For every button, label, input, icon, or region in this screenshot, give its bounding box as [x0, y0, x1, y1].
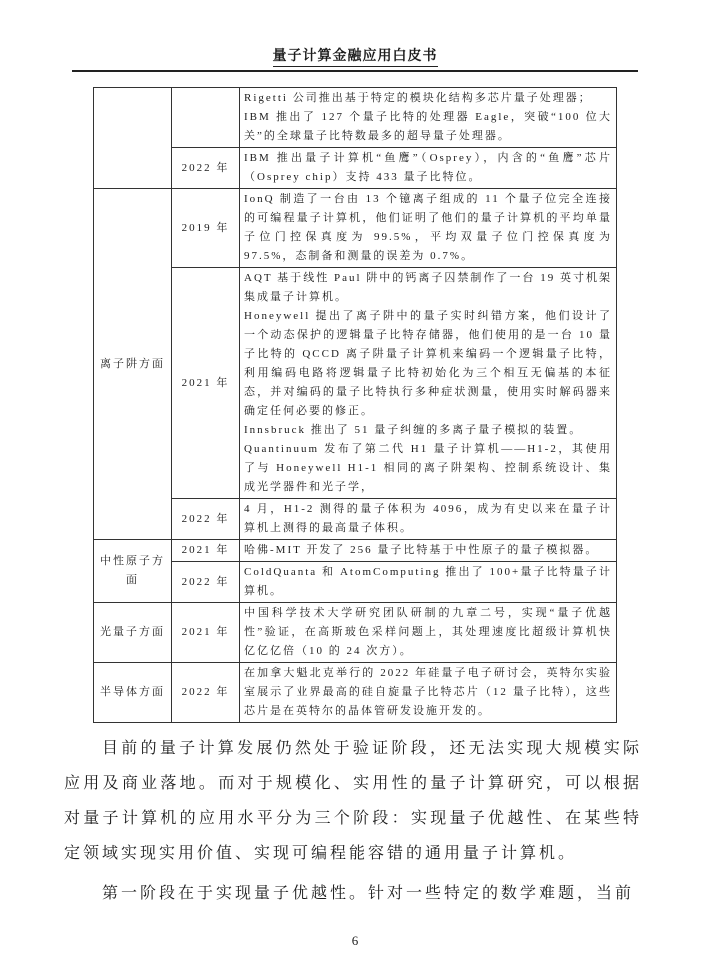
year-cell: 2021 年	[172, 268, 240, 499]
category-cell: 光量子方面	[94, 603, 172, 663]
document-page: 量子计算金融应用白皮书 Rigetti 公司推出基于特定的模块化结构多芯片量子处…	[0, 0, 710, 949]
description-paragraph: Innsbruck 推出了 51 量子纠缠的多离子量子模拟的装置。	[244, 421, 612, 440]
description-cell: ColdQuanta 和 AtomComputing 推出了 100+量子比特量…	[240, 562, 617, 603]
year-cell: 2019 年	[172, 189, 240, 268]
year-cell	[172, 88, 240, 148]
year-cell: 2022 年	[172, 148, 240, 189]
description-cell: 在加拿大魁北克举行的 2022 年硅量子电子研讨会，英特尔实验室展示了业界最高的…	[240, 663, 617, 723]
table-row: 2022 年 IBM 推出量子计算机“鱼鹰”（Osprey），内含的“鱼鹰”芯片…	[94, 148, 617, 189]
description-cell: Rigetti 公司推出基于特定的模块化结构多芯片量子处理器； IBM 推出了 …	[240, 88, 617, 148]
table-row: 光量子方面 2021 年 中国科学技术大学研究团队研制的九章二号，实现“量子优越…	[94, 603, 617, 663]
description-paragraph: AQT 基于线性 Paul 阱中的钙离子囚禁制作了一台 19 英寸机架集成量子计…	[244, 269, 612, 307]
description-paragraph: Rigetti 公司推出基于特定的模块化结构多芯片量子处理器；	[244, 89, 612, 108]
quantum-timeline-table: Rigetti 公司推出基于特定的模块化结构多芯片量子处理器； IBM 推出了 …	[93, 87, 617, 723]
category-cell: 半导体方面	[94, 663, 172, 723]
description-paragraph: IBM 推出了 127 个量子比特的处理器 Eagle，突破“100 位大关”的…	[244, 108, 612, 146]
description-paragraph: ColdQuanta 和 AtomComputing 推出了 100+量子比特量…	[244, 563, 612, 601]
description-paragraph: 4 月，H1-2 测得的量子体积为 4096，成为有史以来在量子计算机上测得的最…	[244, 500, 612, 538]
year-cell: 2021 年	[172, 603, 240, 663]
description-paragraph: IonQ 制造了一台由 13 个镱离子组成的 11 个量子位完全连接的可编程量子…	[244, 190, 612, 266]
category-cell: 中性原子方面	[94, 540, 172, 603]
category-cell	[94, 88, 172, 189]
description-cell: IonQ 制造了一台由 13 个镱离子组成的 11 个量子位完全连接的可编程量子…	[240, 189, 617, 268]
description-cell: AQT 基于线性 Paul 阱中的钙离子囚禁制作了一台 19 英寸机架集成量子计…	[240, 268, 617, 499]
description-paragraph: 在加拿大魁北克举行的 2022 年硅量子电子研讨会，英特尔实验室展示了业界最高的…	[244, 664, 612, 721]
body-paragraph: 目前的量子计算发展仍然处于验证阶段，还无法实现大规模实际应用及商业落地。而对于规…	[64, 731, 642, 871]
table-row: 2022 年 ColdQuanta 和 AtomComputing 推出了 10…	[94, 562, 617, 603]
table-row: 离子阱方面 2019 年 IonQ 制造了一台由 13 个镱离子组成的 11 个…	[94, 189, 617, 268]
table-row: 2021 年 AQT 基于线性 Paul 阱中的钙离子囚禁制作了一台 19 英寸…	[94, 268, 617, 499]
year-cell: 2022 年	[172, 499, 240, 540]
table-row: Rigetti 公司推出基于特定的模块化结构多芯片量子处理器； IBM 推出了 …	[94, 88, 617, 148]
description-cell: IBM 推出量子计算机“鱼鹰”（Osprey），内含的“鱼鹰”芯片（Osprey…	[240, 148, 617, 189]
table-row: 中性原子方面 2021 年 哈佛-MIT 开发了 256 量子比特基于中性原子的…	[94, 540, 617, 562]
year-cell: 2021 年	[172, 540, 240, 562]
body-text: 目前的量子计算发展仍然处于验证阶段，还无法实现大规模实际应用及商业落地。而对于规…	[64, 731, 646, 911]
description-paragraph: IBM 推出量子计算机“鱼鹰”（Osprey），内含的“鱼鹰”芯片（Osprey…	[244, 149, 612, 187]
description-cell: 4 月，H1-2 测得的量子体积为 4096，成为有史以来在量子计算机上测得的最…	[240, 499, 617, 540]
description-paragraph: Quantinuum 发布了第二代 H1 量子计算机——H1-2，其使用了与 H…	[244, 440, 612, 497]
table-row: 半导体方面 2022 年 在加拿大魁北克举行的 2022 年硅量子电子研讨会，英…	[94, 663, 617, 723]
body-paragraph: 第一阶段在于实现量子优越性。针对一些特定的数学难题，当前	[64, 876, 642, 911]
description-paragraph: 哈佛-MIT 开发了 256 量子比特基于中性原子的量子模拟器。	[244, 541, 612, 560]
description-paragraph: Honeywell 提出了离子阱中的量子实时纠错方案，他们设计了一个动态保护的逻…	[244, 307, 612, 421]
description-paragraph: 中国科学技术大学研究团队研制的九章二号，实现“量子优越性”验证，在高斯玻色采样问…	[244, 604, 612, 661]
page-header: 量子计算金融应用白皮书	[64, 46, 646, 67]
year-cell: 2022 年	[172, 663, 240, 723]
page-number: 6	[64, 933, 646, 949]
table-row: 2022 年 4 月，H1-2 测得的量子体积为 4096，成为有史以来在量子计…	[94, 499, 617, 540]
category-cell: 离子阱方面	[94, 189, 172, 540]
header-rule	[72, 70, 638, 72]
description-cell: 中国科学技术大学研究团队研制的九章二号，实现“量子优越性”验证，在高斯玻色采样问…	[240, 603, 617, 663]
description-cell: 哈佛-MIT 开发了 256 量子比特基于中性原子的量子模拟器。	[240, 540, 617, 562]
header-title: 量子计算金融应用白皮书	[273, 46, 438, 67]
year-cell: 2022 年	[172, 562, 240, 603]
